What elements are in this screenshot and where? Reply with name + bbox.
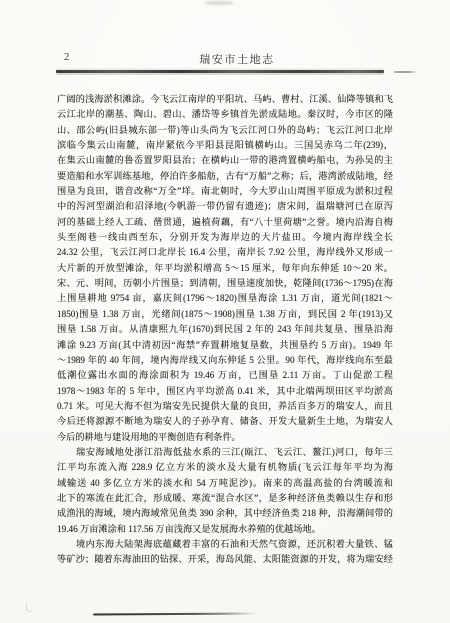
text-line: 24.32 公里，飞云江河口北岸长 16.4 公里，南岸长 7.92 公里，海岸…	[57, 245, 393, 260]
text-line: 上围垦耕地 9754 亩，嘉庆间(1796～1820)围垦海涂 1.31 万亩，…	[57, 291, 393, 306]
text-line: 19.46 万亩滩涂和 117.56 万亩浅海又是发展海水养殖的优越场地。	[57, 522, 393, 537]
header-rule-dash	[394, 71, 417, 73]
text-line: 围垦为良田，谐音改称“万全”垟。南北朝时，今大罗山山周围平原成为淤积过程	[57, 184, 393, 199]
text-line: 低潮位露出水面的海涂面积为 19.46 万亩，已围垦 2.11 万亩。丁山促淤工…	[57, 368, 393, 383]
text-line: 今后还将源源不断地为瑞安人的子孙孕育、储备、开发大量新生土地，为瑞安人	[57, 414, 393, 429]
running-title: 瑞安市土地志	[0, 51, 450, 67]
text-line: 河的基础上经人工疏、凿贯通，遍植荷藕，有“八十里荷塘”之誉。境内沿海自梅	[57, 215, 393, 230]
text-line: 广阔的浅海淤积滩涂。今飞云江南岸的平阳坑、马屿、曹村、江溪、仙降等镇和飞	[57, 92, 393, 107]
text-line: 宋、元、明间，历朝小片围垦；到清朝，围垦速度加快，乾隆间(1736～1795)在…	[57, 276, 393, 291]
text-line: 北下的寒流在此汇合，形成暖、寒流“混合水区”，是多种经济鱼类赖以生存和形	[57, 491, 393, 506]
text-line: 今后的耕地与建设用地的平衡创造有利条件。	[57, 430, 393, 445]
text-line: 等矿沙；随着东海油田的钻探、开采，海岛风能、太阳能资源的开发，将为瑞安经	[57, 552, 393, 567]
text-line: 要造船和水军训练基地，停泊许多船舫，古有“万船”之称；后，港湾淤成陆地，经	[57, 169, 393, 184]
text-line: 云江北岸的潮基、陶山、碧山、潘岱等乡镇首先淤成陆地。秦汉时，今市区的隆	[57, 107, 393, 122]
scan-artifact-left	[26, 603, 33, 612]
text-line: 1978～1983 年的 5 年中，围区内平均淤高 0.41 米，其中北端两坝田…	[57, 384, 393, 399]
scanned-book-page: 2 瑞安市土地志 广阔的浅海淤积滩涂。今飞云江南岸的平阳坑、马屿、曹村、江溪、仙…	[0, 0, 450, 623]
body-text: 广阔的浅海淤积滩涂。今飞云江南岸的平阳坑、马屿、曹村、江溪、仙降等镇和飞云江北岸…	[57, 92, 393, 568]
text-line: 山、邵公屿(旧县城东部一带)等山头尚为飞云江河口外的岛屿；飞云江河口北岸	[57, 123, 393, 138]
scan-artifact-top	[204, 1, 234, 5]
text-line: 瑞安海域地处浙江沿海低盐水系的三江(瓯江、飞云江、鳌江)河口，每年三	[57, 445, 393, 460]
text-line: 1850)围垦 1.38 万亩，光绪间(1875～1908)围垦 1.38 万亩…	[57, 307, 393, 322]
header-rule	[56, 70, 384, 73]
text-line: 大片新的开放型滩涂，年平均淤积增高 5～15 厘米，每年向东伸延 10～20 米…	[57, 261, 393, 276]
text-line: 头至阁巷一线由西至东，分别开发为海岸边的大片盐田。今境内海岸线全长	[57, 230, 393, 245]
text-line: 域输送 40 多亿立方米的淡水和 54 万吨泥沙)。南来的高温高盐的台湾暖流和	[57, 476, 393, 491]
text-line: 中的泻河型湖泊和沼泽地(今帆游一带仍留有遗迹)；唐宋间，温瑞塘河已在原泻	[57, 199, 393, 214]
scan-artifact-bottom	[93, 612, 257, 615]
text-line: 滨临今集云山南麓，南岸紧依今平阳县昆阳镇横屿山。三国吴赤乌二年(239)，	[57, 138, 393, 153]
text-line: 滩涂 9.23 万亩(其中清初因“海禁”弃置耕地复垦数，共围垦约 5 万亩)。1…	[57, 338, 393, 353]
text-line: 成渔汛的海域，境内海域常见鱼类 390 余种，其中经济鱼类 218 种，沿海潮间…	[57, 506, 393, 521]
text-line: 江平均东流入海 228.9 亿立方米的淡水及大量有机物质(飞云江每年平均为海	[57, 460, 393, 475]
text-line: 在集云山南麓的鲁岙置罗阳县治；在横屿山一带的港湾置横屿船屯，为孙吴的主	[57, 153, 393, 168]
text-line: 0.71 米。可见大海不但为瑞安先民提供大量的良田，养活百多万的瑞安人，而且	[57, 399, 393, 414]
text-line: 围垦 1.58 万亩。从清康熙九年(1670)到民国 2 年的 243 年间共复…	[57, 322, 393, 337]
text-line: 境内东海大陆架海底蕴藏着丰富的石油和天然气资源，还沉积着大量铁、锰	[57, 537, 393, 552]
text-line: ～1989 年的 40 年间，境内海岸线又向东伸延 5 公里。90 年代，海岸线…	[57, 353, 393, 368]
